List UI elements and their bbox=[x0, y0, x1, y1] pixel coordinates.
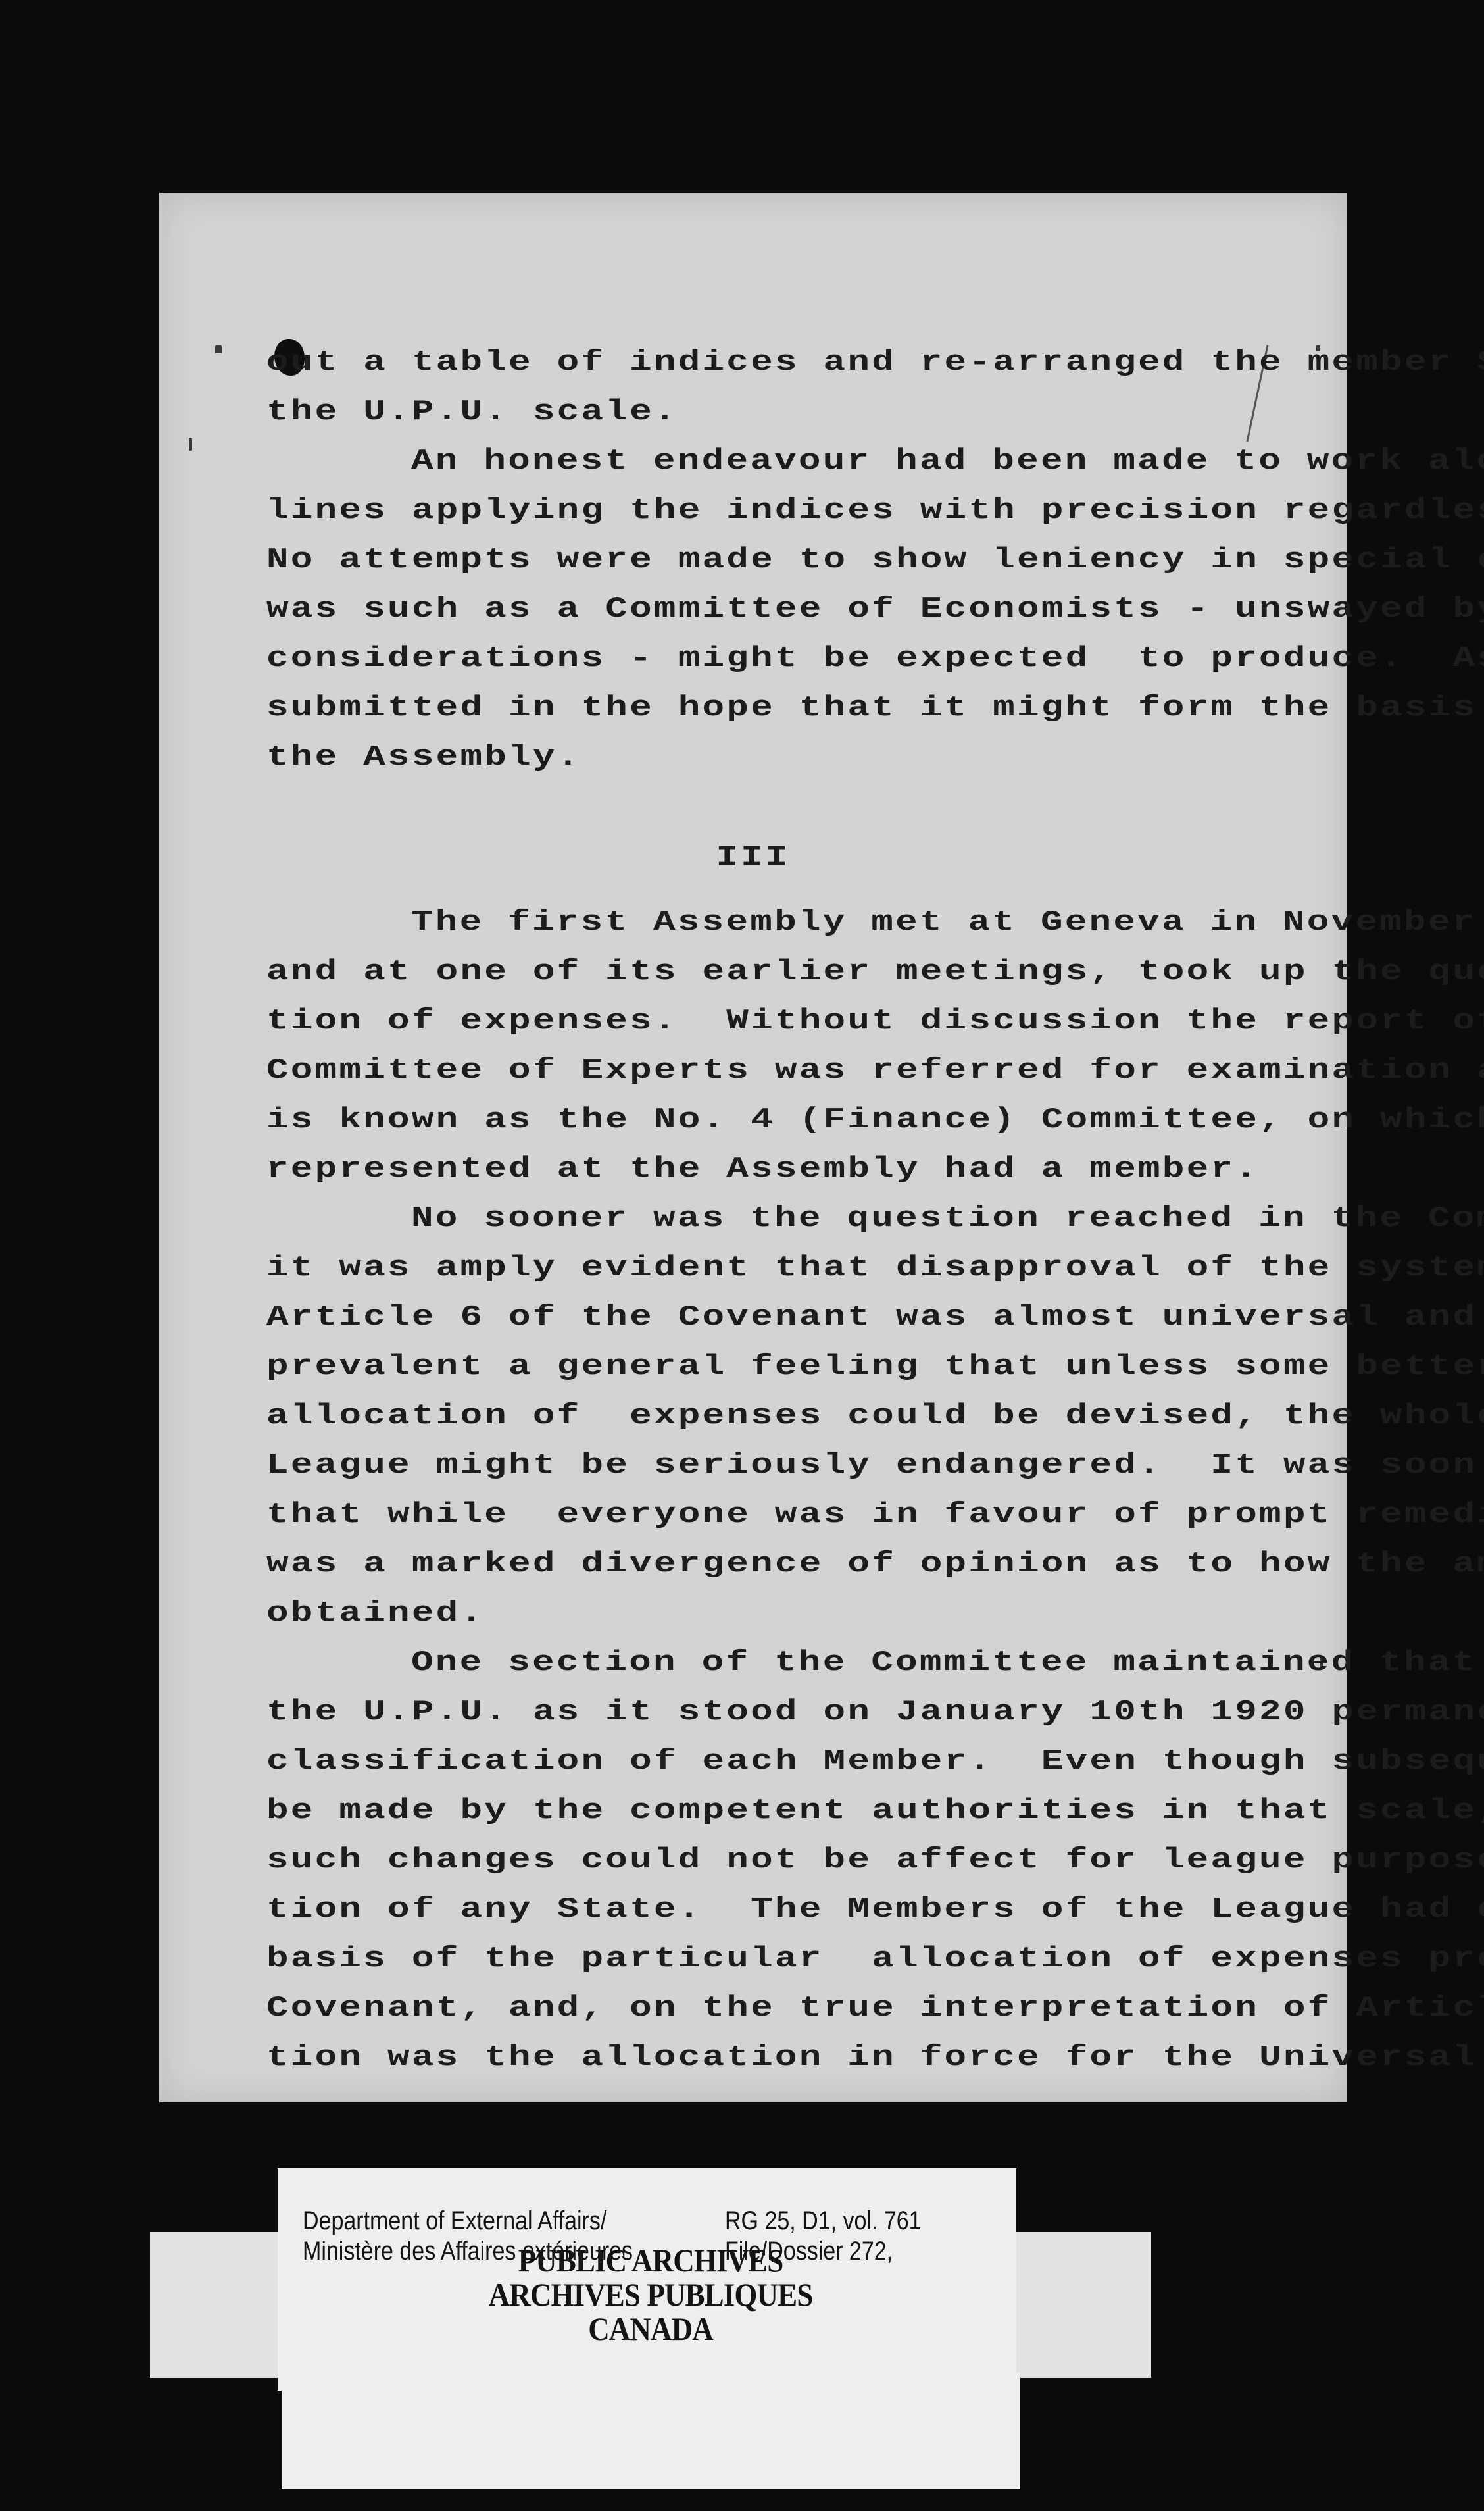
text-line: submitted in the hope that it might form… bbox=[266, 692, 1484, 723]
text-line: such changes could not be affect for lea… bbox=[266, 1844, 1484, 1875]
document-page: out a table of indices and re-arranged t… bbox=[159, 193, 1347, 2102]
margin-speck bbox=[215, 345, 222, 353]
text-line: it was amply evident that disapproval of… bbox=[266, 1252, 1484, 1283]
text-line: obtained. bbox=[266, 1598, 484, 1629]
text-line: considerations - might be expected to pr… bbox=[266, 643, 1484, 674]
text-line: was a marked divergence of opinion as to… bbox=[266, 1548, 1484, 1579]
text-line: was such as a Committee of Economists - … bbox=[266, 594, 1484, 624]
text-line: League might be seriously endangered. It… bbox=[266, 1450, 1484, 1481]
text-line: No sooner was the question reached in th… bbox=[411, 1203, 1484, 1234]
text-line: represented at the Assembly had a member… bbox=[266, 1154, 1259, 1184]
text-line: tion was the allocation in force for the… bbox=[266, 2042, 1484, 2073]
text-line: the U.P.U. scale. bbox=[266, 396, 678, 427]
stamp-archives-publiques: ARCHIVES PUBLIQUES bbox=[200, 2278, 1101, 2311]
text-line: One section of the Committee maintained … bbox=[411, 1647, 1484, 1678]
text-line: No attempts were made to show leniency i… bbox=[266, 544, 1484, 575]
department-en: Department of External Affairs/ bbox=[303, 2206, 606, 2235]
text-line: and at one of its earlier meetings, took… bbox=[266, 956, 1484, 987]
margin-speck bbox=[189, 438, 192, 451]
text-line: prevalent a general feeling that unless … bbox=[266, 1351, 1484, 1382]
text-line: The first Assembly met at Geneva in Nove… bbox=[411, 907, 1484, 938]
stamp-canada: CANADA bbox=[200, 2312, 1101, 2345]
text-line: An honest endeavour had been made to wor… bbox=[411, 445, 1484, 476]
text-line: the Assembly. bbox=[266, 742, 581, 773]
text-line: Covenant, and, on the true interpretatio… bbox=[266, 1992, 1484, 2023]
text-line: be made by the competent authorities in … bbox=[266, 1795, 1484, 1826]
text-line: basis of the particular allocation of ex… bbox=[266, 1943, 1484, 1974]
text-line: tion of any State. The Members of the Le… bbox=[266, 1894, 1484, 1925]
text-line: the U.P.U. as it stood on January 10th 1… bbox=[266, 1696, 1484, 1727]
text-line: is known as the No. 4 (Finance) Committe… bbox=[266, 1104, 1484, 1135]
text-line: classification of each Member. Even thou… bbox=[266, 1746, 1484, 1777]
text-line: lines applying the indices with precisio… bbox=[266, 495, 1484, 526]
text-line: tion of expenses. Without discussion the… bbox=[266, 1005, 1484, 1036]
text-line: Committee of Experts was referred for ex… bbox=[266, 1055, 1484, 1086]
text-line: that while everyone was in favour of pro… bbox=[266, 1499, 1484, 1530]
record-group-reference: RG 25, D1, vol. 761 bbox=[725, 2206, 922, 2235]
text-line: allocation of expenses could be devised,… bbox=[266, 1400, 1484, 1431]
archive-card-lower bbox=[282, 2372, 1020, 2489]
stamp-public-archives: PUBLIC ARCHIVES bbox=[200, 2244, 1101, 2277]
text-line: Article 6 of the Covenant was almost uni… bbox=[266, 1302, 1484, 1332]
section-heading: III bbox=[159, 841, 1347, 874]
text-line: out a table of indices and re-arranged t… bbox=[266, 347, 1484, 378]
